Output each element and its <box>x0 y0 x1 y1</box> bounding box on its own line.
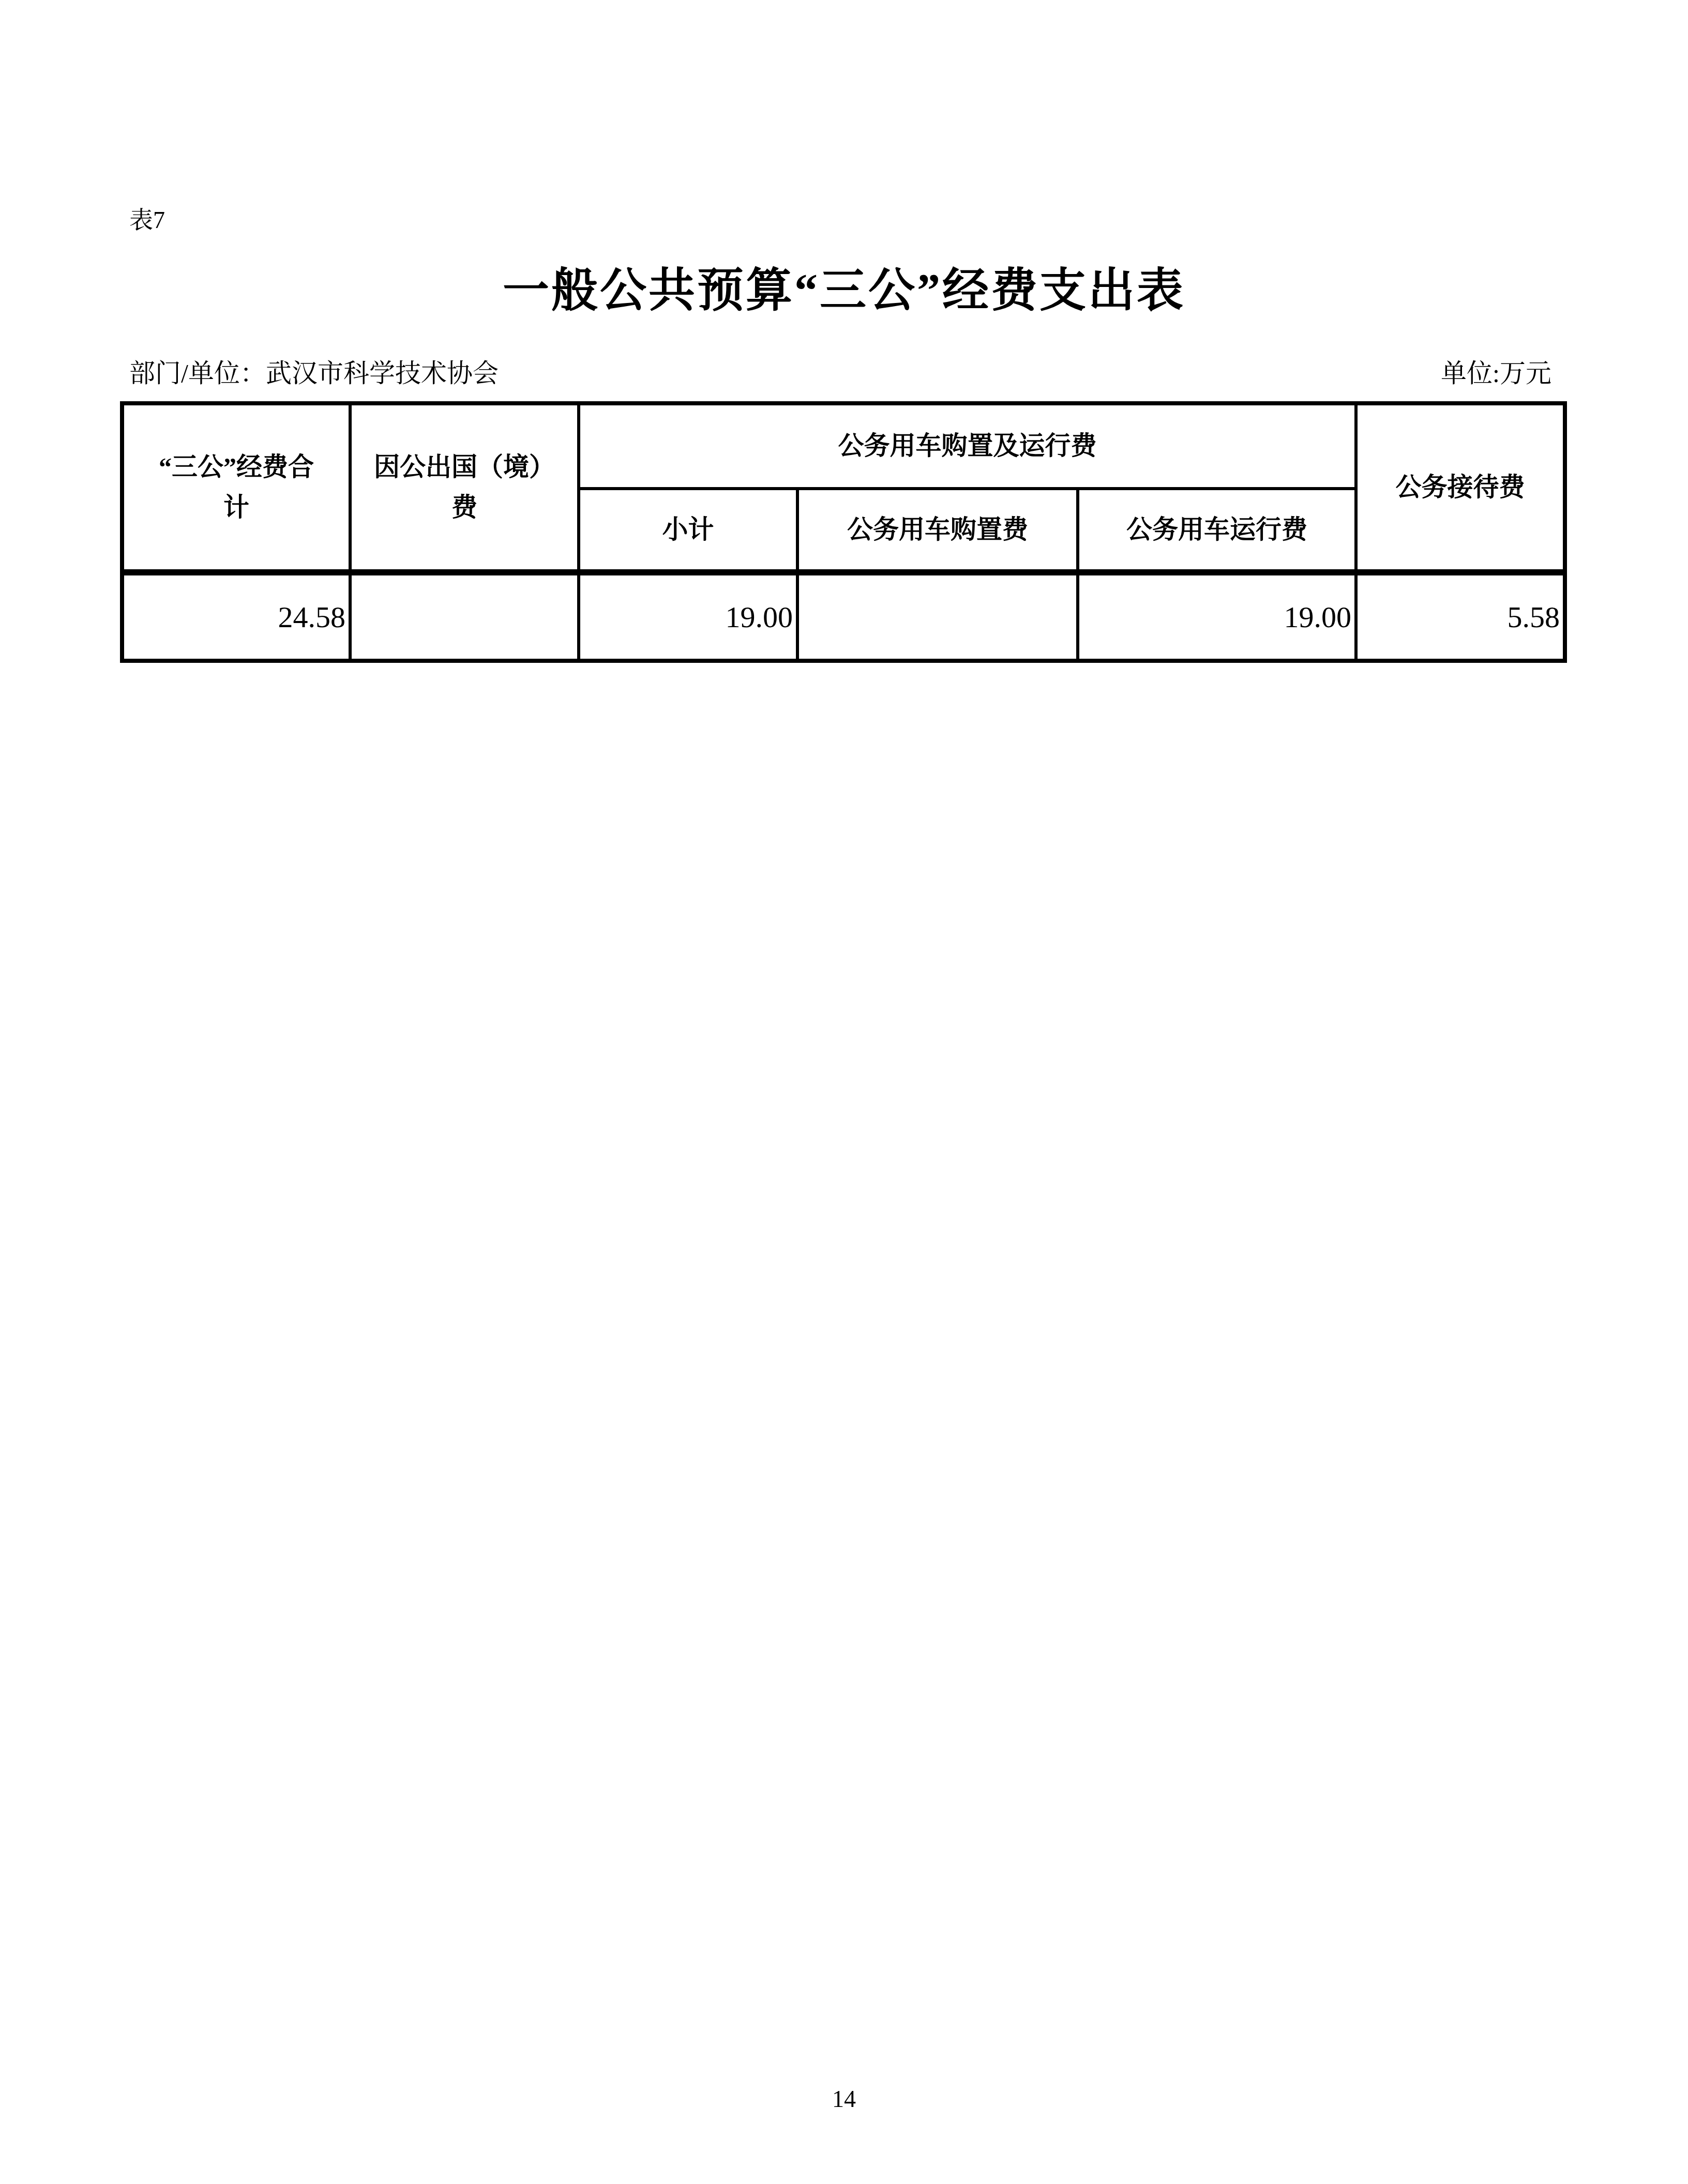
header-row-group: “三公”经费合 计 因公出国（境） 费 公务用车购置及运行费 公务接待费 <box>122 403 1565 489</box>
table-row: 24.58 19.00 19.00 5.58 <box>122 572 1565 661</box>
header-abroad-expense: 因公出国（境） 费 <box>350 403 579 572</box>
department-unit-label: 部门/单位：武汉市科学技术协会 <box>129 358 499 389</box>
cell-vehicle-purchase <box>797 572 1078 661</box>
page-title: 一般公共预算“三公”经费支出表 <box>0 259 1688 324</box>
three-public-expense-table: “三公”经费合 计 因公出国（境） 费 公务用车购置及运行费 公务接待费 小计 … <box>120 401 1567 663</box>
cell-official-reception: 5.58 <box>1356 572 1565 661</box>
header-vehicle-purchase-operation-group: 公务用车购置及运行费 <box>579 403 1356 489</box>
header-official-reception: 公务接待费 <box>1356 403 1565 572</box>
table-number-label: 表7 <box>129 206 165 234</box>
cell-vehicle-subtotal: 19.00 <box>579 572 797 661</box>
currency-unit-label: 单位:万元 <box>1441 358 1551 389</box>
cell-abroad-expense <box>350 572 579 661</box>
header-three-public-total: “三公”经费合 计 <box>122 403 350 572</box>
cell-three-public-total: 24.58 <box>122 572 350 661</box>
page-number: 14 <box>0 2085 1688 2113</box>
document-page: 表7 一般公共预算“三公”经费支出表 部门/单位：武汉市科学技术协会 单位:万元… <box>0 0 1688 2184</box>
header-vehicle-operation: 公务用车运行费 <box>1078 489 1356 572</box>
header-vehicle-purchase: 公务用车购置费 <box>797 489 1078 572</box>
cell-vehicle-operation: 19.00 <box>1078 572 1356 661</box>
header-vehicle-subtotal: 小计 <box>579 489 797 572</box>
